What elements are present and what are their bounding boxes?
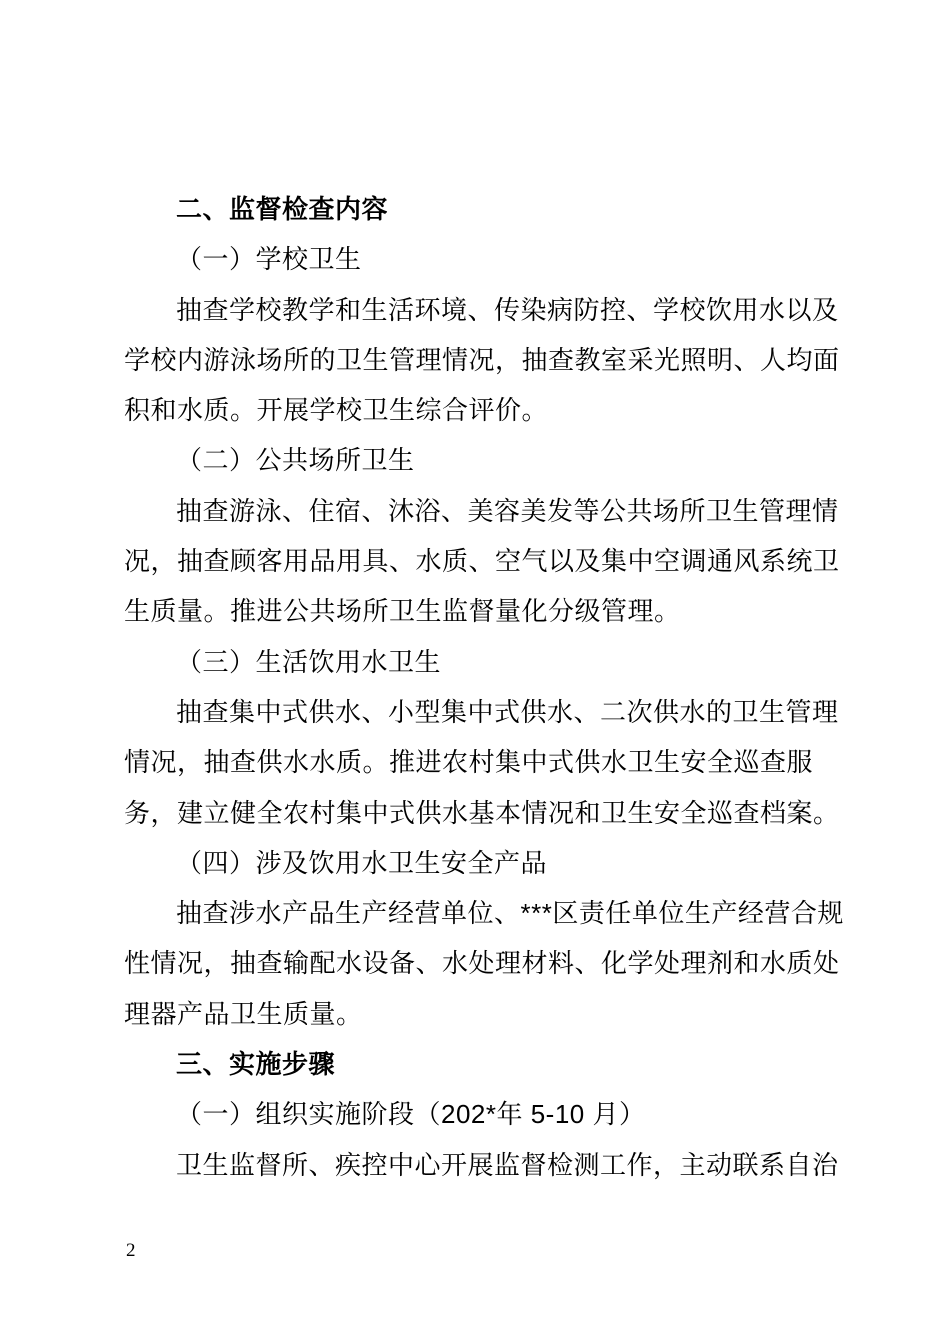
paragraph-line: 务，建立健全农村集中式供水基本情况和卫生安全巡查档案。	[124, 788, 884, 838]
paragraph-line: 抽查集中式供水、小型集中式供水、二次供水的卫生管理	[124, 687, 884, 737]
subheading-drinking-water: （三）生活饮用水卫生	[124, 637, 884, 687]
paragraph-line: 性情况，抽查输配水设备、水处理材料、化学处理剂和水质处	[124, 938, 884, 988]
heading-section-three: 三、实施步骤	[124, 1039, 884, 1089]
paragraph-line: 情况，抽查供水水质。推进农村集中式供水卫生安全巡查服	[124, 737, 884, 787]
document-page: 二、监督检查内容 （一）学校卫生 抽查学校教学和生活环境、传染病防控、学校饮用水…	[0, 0, 950, 1344]
document-body: 二、监督检查内容 （一）学校卫生 抽查学校教学和生活环境、传染病防控、学校饮用水…	[124, 184, 884, 1190]
subheading-school-hygiene: （一）学校卫生	[124, 234, 884, 284]
paragraph-line: 生质量。推进公共场所卫生监督量化分级管理。	[124, 586, 884, 636]
subheading-implementation-stage: （一）组织实施阶段（202*年 5-10 月）	[124, 1089, 884, 1139]
paragraph-line: 抽查学校教学和生活环境、传染病防控、学校饮用水以及	[124, 285, 884, 335]
paragraph-line: 况，抽查顾客用品用具、水质、空气以及集中空调通风系统卫	[124, 536, 884, 586]
paragraph-line: 学校内游泳场所的卫生管理情况，抽查教室采光照明、人均面	[124, 335, 884, 385]
paragraph-line: 抽查涉水产品生产经营单位、***区责任单位生产经营合规	[124, 888, 884, 938]
paragraph-line: 积和水质。开展学校卫生综合评价。	[124, 385, 884, 435]
subheading-public-places: （二）公共场所卫生	[124, 435, 884, 485]
page-number: 2	[126, 1240, 136, 1262]
heading-section-two: 二、监督检查内容	[124, 184, 884, 234]
paragraph-line: 抽查游泳、住宿、沐浴、美容美发等公共场所卫生管理情	[124, 486, 884, 536]
paragraph-line: 卫生监督所、疾控中心开展监督检测工作，主动联系自治	[124, 1140, 884, 1190]
subheading-water-safety-products: （四）涉及饮用水卫生安全产品	[124, 838, 884, 888]
paragraph-line: 理器产品卫生质量。	[124, 989, 884, 1039]
